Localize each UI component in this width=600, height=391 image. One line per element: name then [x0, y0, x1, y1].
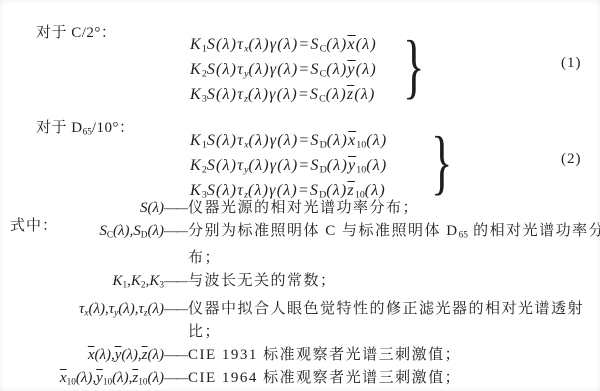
definition-dash-icon: —— [164, 298, 188, 321]
definition-description: 与波长无关的常数； [188, 270, 600, 293]
definition-description-line: CIE 1964 标准观察者光谱三刺激值； [188, 367, 600, 390]
equation-line: K3S(λ)τz(λ)γ(λ)=SC(λ)z(λ) [190, 82, 377, 107]
definition-row: x10(λ),y10(λ),z10(λ) —— CIE 1964 标准观察者光谱… [0, 367, 600, 391]
definition-description-line: 布； [188, 247, 600, 270]
definition-dash-icon: —— [164, 197, 188, 220]
definition-dash-icon: —— [164, 270, 188, 293]
definition-dash-icon: —— [164, 220, 188, 243]
definition-term: x(λ),y(λ),z(λ) [0, 344, 164, 367]
definition-description: 仪器中拟合人眼色觉特性的修正滤光器的相对光谱透射比； [188, 298, 600, 344]
definition-row: τx(λ),τy(λ),τz(λ) —— 仪器中拟合人眼色觉特性的修正滤光器的相… [0, 298, 600, 344]
definition-description: CIE 1964 标准观察者光谱三刺激值； [188, 367, 600, 390]
definition-term: K1,K2,K3 [0, 270, 164, 297]
definitions-list: S(λ) —— 仪器光源的相对光谱功率分布； SC(λ),SD(λ) —— 分别… [0, 197, 600, 391]
definition-description-line: 仪器光源的相对光谱功率分布； [188, 197, 600, 220]
equation-lines-1: K1S(λ)τx(λ)γ(λ)=SC(λ)x(λ)K2S(λ)τy(λ)γ(λ)… [190, 32, 377, 107]
definition-dash-icon: —— [164, 367, 188, 390]
definition-description-line: 仪器中拟合人眼色觉特性的修正滤光器的相对光谱透射 [188, 298, 600, 321]
definition-dash-icon: —— [164, 344, 188, 367]
definition-description-line: CIE 1931 标准观察者光谱三刺激值； [188, 344, 600, 367]
definition-term: S(λ) [0, 197, 164, 220]
equation-line: K2S(λ)τy(λ)γ(λ)=SD(λ)y10(λ) [190, 153, 387, 178]
equation-lines-2: K1S(λ)τx(λ)γ(λ)=SD(λ)x10(λ)K2S(λ)τy(λ)γ(… [190, 128, 387, 203]
definition-description-line: 比； [188, 321, 600, 344]
equation-group-2: K1S(λ)τx(λ)γ(λ)=SD(λ)x10(λ)K2S(λ)τy(λ)γ(… [0, 124, 600, 202]
definition-term: τx(λ),τy(λ),τz(λ) [0, 298, 164, 325]
equation-number-1: (1) [561, 55, 582, 72]
definition-description-line: 与波长无关的常数； [188, 270, 600, 293]
definition-description: 仪器光源的相对光谱功率分布； [188, 197, 600, 220]
equation-line: K1S(λ)τx(λ)γ(λ)=SC(λ)x(λ) [190, 32, 377, 57]
definition-term: x10(λ),y10(λ),z10(λ) [0, 367, 164, 391]
right-brace-icon: } [431, 125, 452, 199]
equation-group-1: K1S(λ)τx(λ)γ(λ)=SC(λ)x(λ)K2S(λ)τy(λ)γ(λ)… [0, 28, 600, 106]
definition-row: x(λ),y(λ),z(λ) —— CIE 1931 标准观察者光谱三刺激值； [0, 344, 600, 367]
definition-term: SC(λ),SD(λ) [0, 220, 164, 247]
equation-line: K2S(λ)τy(λ)γ(λ)=SC(λ)y(λ) [190, 57, 377, 82]
right-brace-icon: } [403, 29, 424, 103]
equation-number-2: (2) [561, 151, 582, 168]
definition-description: 分别为标准照明体 C 与标准照明体 D65 的相对光谱功率分布； [188, 220, 600, 270]
definition-row: SC(λ),SD(λ) —— 分别为标准照明体 C 与标准照明体 D65 的相对… [0, 220, 600, 270]
definition-row: K1,K2,K3 —— 与波长无关的常数； [0, 270, 600, 297]
definition-row: S(λ) —— 仪器光源的相对光谱功率分布； [0, 197, 600, 220]
definition-description: CIE 1931 标准观察者光谱三刺激值； [188, 344, 600, 367]
document-page: 对于 C/2°： K1S(λ)τx(λ)γ(λ)=SC(λ)x(λ)K2S(λ)… [0, 0, 600, 391]
equation-line: K1S(λ)τx(λ)γ(λ)=SD(λ)x10(λ) [190, 128, 387, 153]
definition-description-line: 分别为标准照明体 C 与标准照明体 D65 的相对光谱功率分 [188, 220, 600, 247]
